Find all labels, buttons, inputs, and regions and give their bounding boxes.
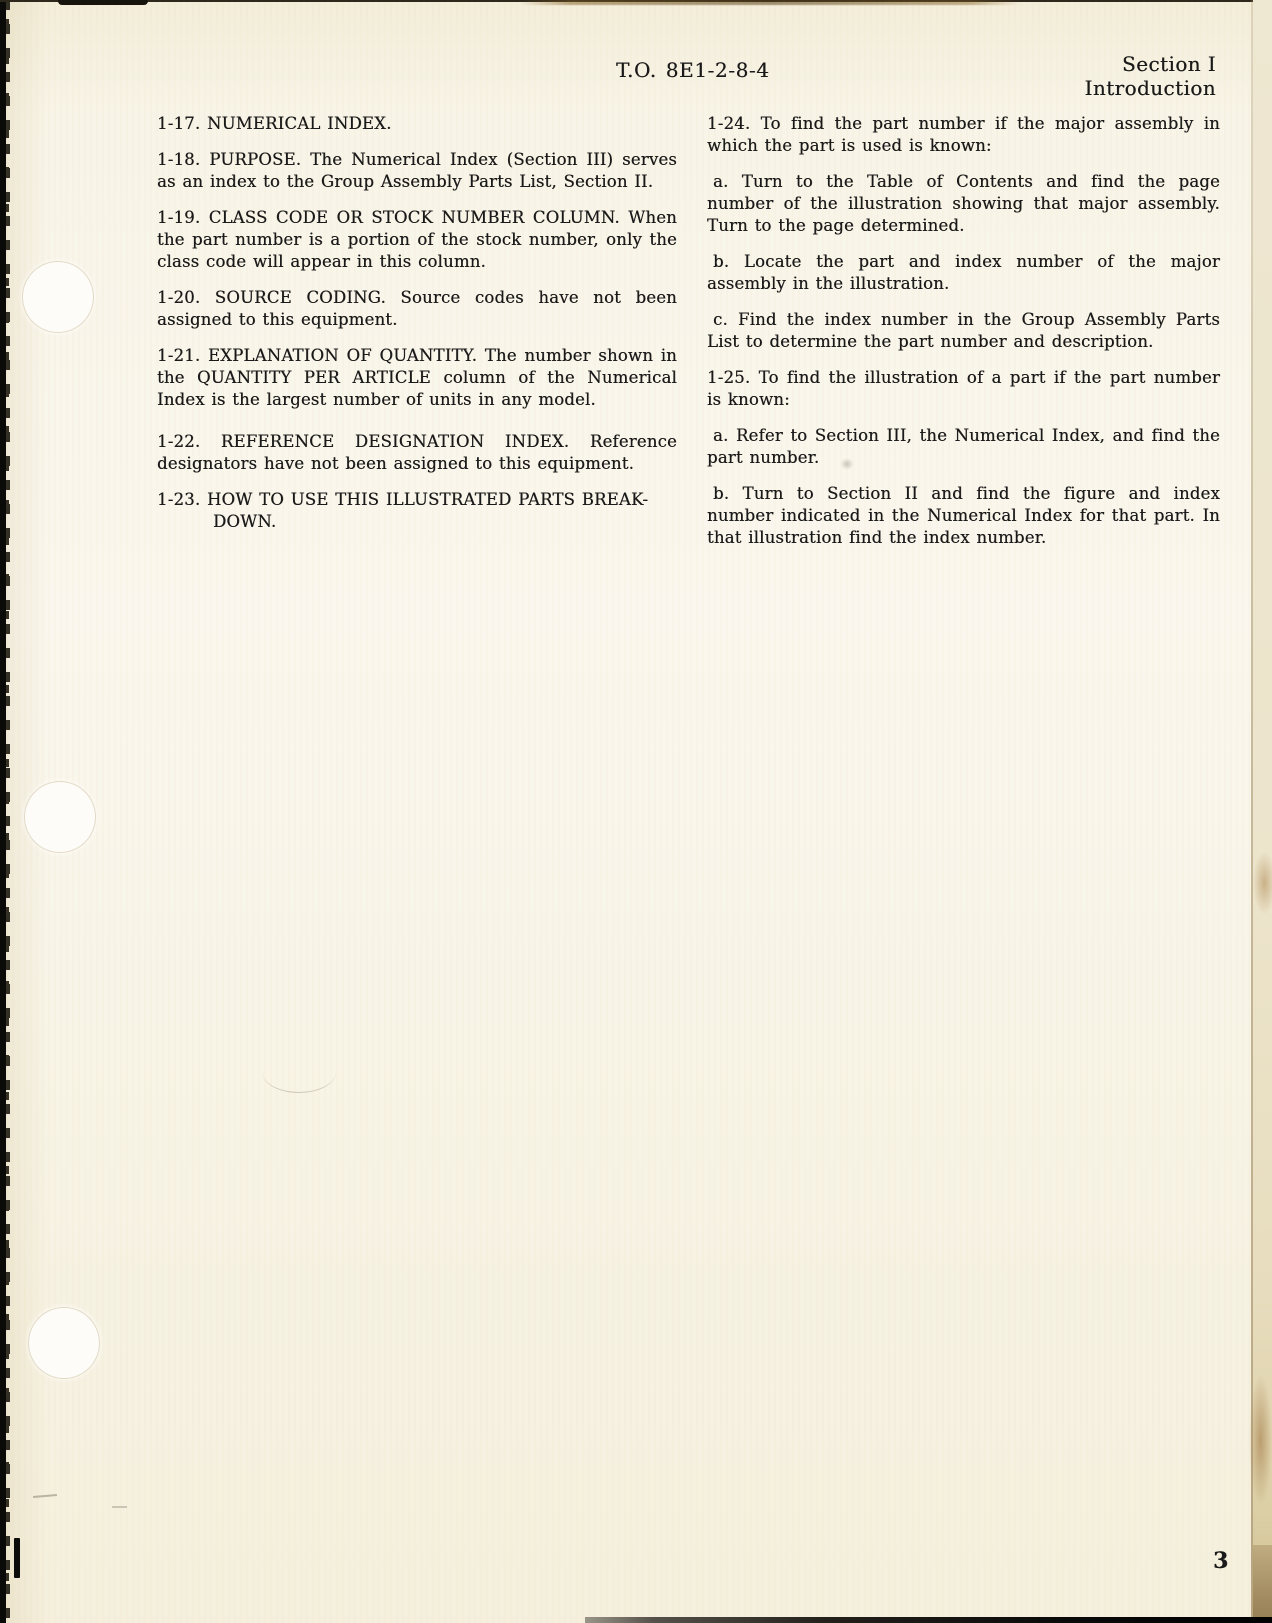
edge-stain-upper [1253, 852, 1272, 914]
pencil-dash-1 [33, 1494, 57, 1498]
pencil-dash-2 [112, 1506, 127, 1508]
document-page: T.O. 8E1-2-8-4 Section I Introduction 1-… [0, 0, 1272, 1623]
scan-left-edge [0, 0, 6, 1623]
paragraph-1-22: 1-22. REFERENCE DESIGNATION INDEX. Refer… [157, 431, 677, 475]
scan-bottom-edge [585, 1617, 1272, 1623]
scan-top-edge [0, 0, 1272, 2]
paragraph-1-24c: c. Find the index number in the Group As… [707, 309, 1220, 353]
section-label: Section I [1085, 53, 1216, 77]
left-column: 1-17. NUMERICAL INDEX. 1-18. PURPOSE. Th… [157, 113, 677, 563]
left-margin-shadow [6, 0, 48, 1623]
binding-tick-mark [14, 1538, 20, 1578]
page-number: 3 [1213, 1548, 1228, 1574]
paragraph-1-19: 1-19. CLASS CODE OR STOCK NUMBER COLUMN.… [157, 207, 677, 273]
scan-left-edge-notches [6, 0, 10, 1623]
introduction-label: Introduction [1085, 77, 1216, 101]
punch-hole-bottom [28, 1307, 100, 1379]
top-left-ink-mark [58, 0, 148, 5]
technical-order-number: T.O. 8E1-2-8-4 [616, 58, 770, 82]
paragraph-1-18: 1-18. PURPOSE. The Numerical Index (Sect… [157, 149, 677, 193]
scan-left-edge-notches-2 [6, 5, 9, 1623]
paragraph-1-24b: b. Locate the part and index number of t… [707, 251, 1220, 295]
paragraph-1-25a: a. Refer to Section III, the Numerical I… [707, 425, 1220, 469]
punch-hole-middle [24, 781, 96, 853]
top-edge-stain [520, 0, 1020, 5]
right-column: 1-24. To find the part number if the maj… [707, 113, 1220, 563]
paragraph-1-17: 1-17. NUMERICAL INDEX. [157, 113, 677, 135]
paragraph-1-23: 1-23. HOW TO USE THIS ILLUSTRATED PARTS … [157, 489, 677, 533]
section-header: Section I Introduction [1085, 53, 1216, 100]
paragraph-1-25: 1-25. To find the illustration of a part… [707, 367, 1220, 411]
paragraph-1-20: 1-20. SOURCE CODING. Source codes have n… [157, 287, 677, 331]
paragraph-1-24a: a. Turn to the Table of Contents and fin… [707, 171, 1220, 237]
edge-stain-lower [1249, 1375, 1272, 1505]
page-edge-line [1251, 0, 1253, 1623]
two-column-body: 1-17. NUMERICAL INDEX. 1-18. PURPOSE. Th… [157, 113, 1220, 563]
edge-stain-bottom [1253, 1545, 1272, 1623]
punch-hole-top [22, 261, 94, 333]
page-edge-band [1253, 0, 1272, 1623]
paragraph-1-25b: b. Turn to Section II and find the figur… [707, 483, 1220, 549]
faint-curve-mark [262, 1072, 336, 1093]
paragraph-1-24: 1-24. To find the part number if the maj… [707, 113, 1220, 157]
paragraph-1-21: 1-21. EXPLANATION OF QUANTITY. The numbe… [157, 345, 677, 411]
